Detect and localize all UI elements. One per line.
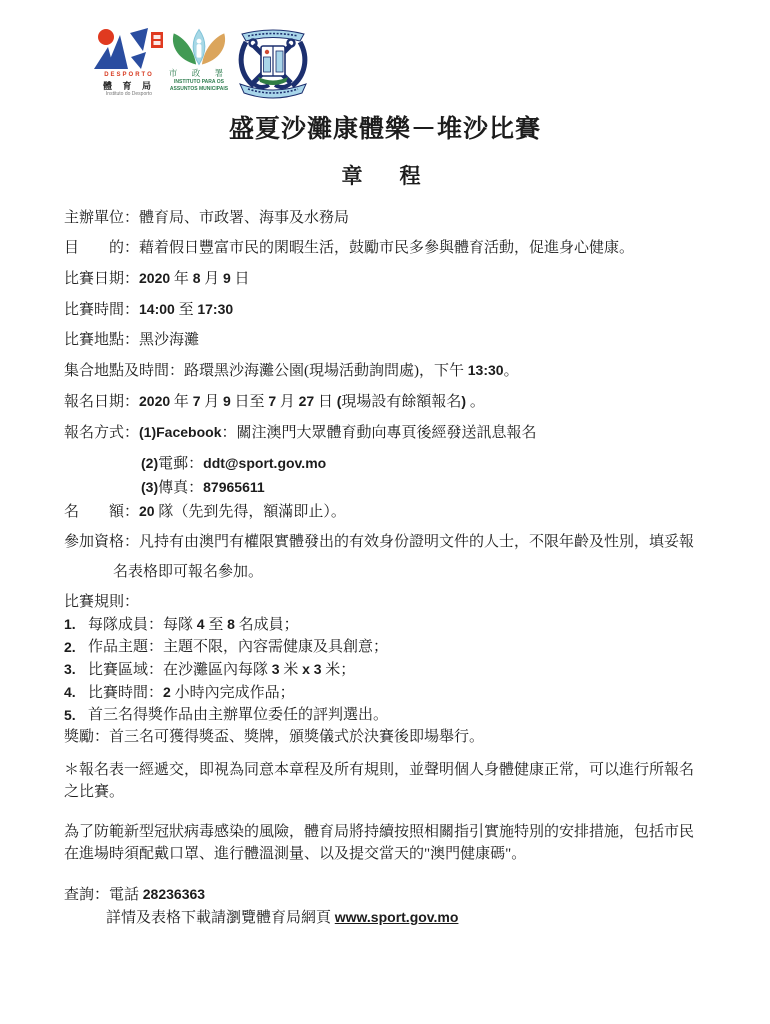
rule-number: 3. <box>64 658 88 681</box>
document-body: 主辦單位：體育局、市政署、海事及水務局 目 的：藉着假日豐富市民的閑暇生活，鼓勵… <box>64 207 704 937</box>
text-segment: 報名方式： <box>64 425 139 441</box>
sports-bureau-name-pt: Instituto do Desporto <box>106 92 152 98</box>
text-segment: 27 <box>299 393 315 409</box>
text-segment: 2020 <box>139 270 170 286</box>
text-segment: 集合地點及時間：路環黑沙海灘公園(現場活動詢問處)，下午 <box>64 363 468 379</box>
sports-bureau-logo: DESPORTO 體 育 局 Instituto do Desporto <box>93 27 165 98</box>
rules-heading: 比賽規則： <box>64 591 704 613</box>
registration-date-line: 報名日期：2020 年 7 月 9 日至 7 月 27 日 (現場設有餘額報名)… <box>64 390 704 413</box>
text-segment: 獎勵：首三名可獲得獎盃、獎牌，頒獎儀式於決賽後即場舉行。 <box>64 729 484 745</box>
text-segment: 28236363 <box>143 886 205 902</box>
text-segment: 在進場時須配戴口罩、進行體溫測量、以及提交當天的"澳門健康碼"。 <box>64 846 526 862</box>
awards-line: 獎勵：首三名可獲得獎盃、獎牌，頒獎儀式於決賽後即場舉行。 <box>64 726 704 748</box>
rule-text: 作品主題：主題不限，內容需健康及具創意； <box>88 636 388 658</box>
eligibility-line-1: 參加資格：凡持有由澳門有權限實體發出的有效身份證明文件的人士，不限年齡及性別，填… <box>64 531 704 553</box>
text-segment: 比賽時間： <box>64 302 139 318</box>
text-segment: 每隊成員：每隊 <box>88 617 197 633</box>
text-segment: 。 <box>504 363 519 379</box>
text-segment: 年 <box>170 271 193 287</box>
sports-bureau-logo-icon <box>93 27 165 71</box>
text-segment: 查詢：電話 <box>64 887 143 903</box>
covid-notice-line-2: 在進場時須配戴口罩、進行體溫測量、以及提交當天的"澳門健康碼"。 <box>64 843 704 865</box>
text-segment: 隊（先到先得，額滿即止）。 <box>155 504 346 520</box>
text-segment: 目 的：藉着假日豐富市民的閑暇生活，鼓勵市民多參與體育活動，促進身心健康。 <box>64 240 634 256</box>
text-segment: 比賽規則： <box>64 594 139 610</box>
text-segment: 9 <box>223 270 231 286</box>
purpose-line: 目 的：藉着假日豐富市民的閑暇生活，鼓勵市民多參與體育活動，促進身心健康。 <box>64 237 704 259</box>
text-segment: 現場設有餘額報名 <box>341 394 461 410</box>
rule-text: 每隊成員：每隊 4 至 8 名成員； <box>88 613 299 636</box>
text-segment: 14:00 <box>139 301 175 317</box>
sports-bureau-name-zh: 體 育 局 <box>103 81 155 91</box>
text-segment: 4 <box>197 616 205 632</box>
eligibility-line-2: 名表格即可報名參加。 <box>64 561 704 583</box>
municipal-affairs-name-pt-line1: INSTITUTO PARA OS <box>174 80 224 86</box>
rule-item-1: 1. 每隊成員：每隊 4 至 8 名成員； <box>64 613 704 636</box>
rule-number: 5. <box>64 704 88 726</box>
registration-method-email-line: (2)電郵：ddt@sport.gov.mo <box>64 452 704 475</box>
declaration-line-1: ＊報名表一經遞交，即視為同意本章程及所有規則，並聲明個人身體健康正常，可以進行所… <box>64 759 704 781</box>
text-segment: 2 <box>163 684 171 700</box>
competition-time-line: 比賽時間：14:00 至 17:30 <box>64 298 704 321</box>
text-segment: (2) <box>141 455 158 471</box>
text-segment: 主辦單位：體育局、市政署、海事及水務局 <box>64 210 349 226</box>
rule-item-4: 4. 比賽時間：2 小時內完成作品； <box>64 681 704 704</box>
organizer-line: 主辦單位：體育局、市政署、海事及水務局 <box>64 207 704 229</box>
text-segment: 名成員； <box>235 617 299 633</box>
rule-number: 4. <box>64 681 88 704</box>
text-segment: 小時內完成作品； <box>171 685 295 701</box>
text-segment: 日至 <box>231 394 269 410</box>
competition-date-line: 比賽日期：2020 年 8 月 9 日 <box>64 267 704 290</box>
text-segment: 9 <box>223 393 231 409</box>
registration-method-fax-line: (3)傳真：87965611 <box>64 476 704 499</box>
page-subtitle: 章 程 <box>0 164 770 188</box>
text-segment: ：關注澳門大眾體育動向專頁後經發送訊息報名 <box>221 425 536 441</box>
text-segment: 傳真： <box>158 480 203 496</box>
rule-text: 比賽區域：在沙灘區內每隊 3 米 x 3 米； <box>88 658 355 681</box>
text-segment: (3) <box>141 479 158 495</box>
text-segment: 為了防範新型冠狀病毒感染的風險，體育局將持續按照相關指引實施特別的安排措施，包括… <box>64 824 694 840</box>
text-segment: 。 <box>466 394 485 410</box>
text-segment: 名表格即可報名參加。 <box>113 564 263 580</box>
competition-venue-line: 比賽地點：黑沙海灘 <box>64 329 704 351</box>
rule-item-5: 5. 首三名得獎作品由主辦單位委任的評判選出。 <box>64 704 704 726</box>
marine-water-bureau-logo-icon <box>234 24 312 100</box>
text-segment: 月 <box>200 271 223 287</box>
text-segment: 17:30 <box>197 301 233 317</box>
marine-water-bureau-logo <box>234 24 312 100</box>
text-segment: 2020 <box>139 393 170 409</box>
page-title: 盛夏沙灘康體樂－堆沙比賽 <box>0 116 770 144</box>
text-segment: 詳情及表格下載請瀏覽體育局網頁 <box>106 910 335 926</box>
text-segment: 月 <box>200 394 223 410</box>
text-segment: 比賽區域：在沙灘區內每隊 <box>88 662 272 678</box>
rule-number: 2. <box>64 636 88 658</box>
municipal-affairs-logo-icon <box>166 27 232 67</box>
text-segment: 米； <box>322 662 356 678</box>
sports-bureau-name-pt-caps: DESPORTO <box>104 72 154 79</box>
rule-item-3: 3. 比賽區域：在沙灘區內每隊 3 米 x 3 米； <box>64 658 704 681</box>
rule-number: 1. <box>64 613 88 636</box>
text-segment: 日 <box>231 271 250 287</box>
sport-website-link[interactable]: www.sport.gov.mo <box>335 909 459 925</box>
text-segment: 3 <box>272 661 280 677</box>
text-segment: 首三名得獎作品由主辦單位委任的評判選出。 <box>88 707 388 723</box>
declaration-line-2: 之比賽。 <box>64 781 704 803</box>
registration-method-facebook-line: 報名方式：(1)Facebook：關注澳門大眾體育動向專頁後經發送訊息報名 <box>64 421 704 444</box>
text-segment: (1)Facebook <box>139 424 221 440</box>
municipal-affairs-logo: 市 政 署 INSTITUTO PARA OS ASSUNTOS MUNICIP… <box>166 27 232 92</box>
text-segment: ＊報名表一經遞交，即視為同意本章程及所有規則，並聲明個人身體健康正常，可以進行所… <box>64 762 694 778</box>
rule-text: 首三名得獎作品由主辦單位委任的評判選出。 <box>88 704 388 726</box>
enquiry-phone-line: 查詢：電話 28236363 <box>64 883 704 906</box>
text-segment: 月 <box>276 394 299 410</box>
text-segment: 比賽地點：黑沙海灘 <box>64 332 199 348</box>
text-segment: 比賽日期： <box>64 271 139 287</box>
covid-notice-line-1: 為了防範新型冠狀病毒感染的風險，體育局將持續按照相關指引實施特別的安排措施，包括… <box>64 821 704 843</box>
text-segment: ddt@sport.gov.mo <box>203 455 326 471</box>
text-segment: 電郵： <box>158 456 203 472</box>
municipal-affairs-name-pt-line2: ASSUNTOS MUNICIPAIS <box>170 87 228 93</box>
text-segment: 13:30 <box>468 362 504 378</box>
text-segment: x 3 <box>302 661 321 677</box>
text-segment: 至 <box>175 302 198 318</box>
text-segment: 至 <box>205 617 228 633</box>
text-segment: 報名日期： <box>64 394 139 410</box>
text-segment: 87965611 <box>203 479 265 495</box>
text-segment: 作品主題：主題不限，內容需健康及具創意； <box>88 639 388 655</box>
text-segment: 米 <box>280 662 303 678</box>
rule-item-2: 2. 作品主題：主題不限，內容需健康及具創意； <box>64 636 704 658</box>
document-page: DESPORTO 體 育 局 Instituto do Desporto 市 政… <box>0 0 770 1024</box>
text-segment: 名 額： <box>64 504 139 520</box>
text-segment: 參加資格：凡持有由澳門有權限實體發出的有效身份證明文件的人士，不限年齡及性別，填… <box>64 534 694 550</box>
enquiry-website-line: 詳情及表格下載請瀏覽體育局網頁 www.sport.gov.mo <box>64 906 704 929</box>
quota-line: 名 額：20 隊（先到先得，額滿即止）。 <box>64 500 704 523</box>
assembly-point-line: 集合地點及時間：路環黑沙海灘公園(現場活動詢問處)，下午 13:30。 <box>64 359 704 382</box>
text-segment: 比賽時間： <box>88 685 163 701</box>
text-segment: 20 <box>139 503 155 519</box>
rule-text: 比賽時間：2 小時內完成作品； <box>88 681 295 704</box>
logos-row: DESPORTO 體 育 局 Instituto do Desporto 市 政… <box>93 27 312 100</box>
text-segment: 之比賽。 <box>64 784 124 800</box>
text-segment: 7 <box>268 393 276 409</box>
text-segment: 8 <box>227 616 235 632</box>
text-segment: 年 <box>170 394 193 410</box>
text-segment: 日 <box>314 394 337 410</box>
municipal-affairs-name-zh: 市 政 署 <box>169 69 229 79</box>
